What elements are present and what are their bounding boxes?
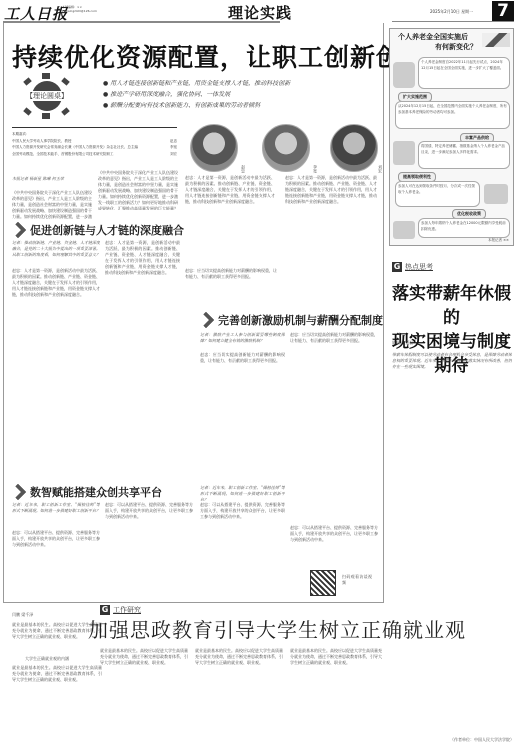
document-illustration-icon [393, 141, 415, 165]
top-rule-right [392, 21, 514, 22]
key-point: 推进产学研用深度融合，强化协同、一体发展 [103, 89, 290, 100]
issue-date: 2025年2月10日 星期一 [430, 9, 473, 15]
subhead-section-3: 数智赋能搭建众创共享平台 [12, 484, 162, 500]
text-col3: 赵忠：人才是第一资源，是创新活动中最为活跃、最为积极的因素。推动创新链、产业链、… [185, 175, 275, 265]
author-note: （作者单位：中国人民大学法学院） [438, 737, 514, 745]
answer-cont: 赵忠：人才是第一资源，是创新活动中最为活跃、最为积极的因素。推动创新链、产业链、… [105, 240, 180, 480]
subhead-text: 完善创新激励机制与薪酬分配制度 [218, 312, 383, 328]
answer: 赵忠：可以从搭建平台、提供资源、完善服务等方面入手，构建开放共享的众创平台，让更… [12, 530, 100, 600]
email-line: E-mail:grbllll@126.com [62, 9, 97, 13]
sidebar-intro: 个人养老金制度自2022年11月起先行试点，2024年12月15日起在全国全面实… [418, 57, 510, 89]
round-table-badge: 【理论圆桌】 [22, 73, 70, 121]
guests-rule [12, 127, 177, 128]
text-col4: 赵忠：人才是第一资源，是创新活动中最为活跃、最为积极的因素。推动创新链、产业链、… [285, 175, 377, 305]
work-study-col1: 就业是最基本的民生。高校应以促进大学生高质量充分就业为使命，通过不断完善思政教育… [12, 665, 102, 745]
chair-icon [23, 107, 32, 115]
sidebar-section-text: 从2024年12月15日起，在全国范围内全面实施个人养老金制度，所有参加基本养老… [395, 101, 510, 129]
banner-graphic-icon [482, 33, 510, 47]
hot-topic-column-label: G 热点思考 [392, 262, 433, 272]
answer: 赵忠：应当切实提高创新能力对薪酬的影响权重，让有能力、有贡献的职工获得更多回报。 [200, 352, 285, 482]
masthead-info: 本版编辑：×× E-mail:grbllll@126.com [62, 5, 97, 13]
person-illustration-icon [393, 62, 415, 88]
key-point: 薪酬分配要向有技术创新能力、有创新成果的劳动者倾斜 [103, 100, 290, 111]
chevron-icon [10, 484, 27, 501]
frame-right [383, 23, 384, 603]
subhead-text: 数智赋能搭建众创共享平台 [30, 484, 162, 500]
sidebar-section-text: 将国债、特定养老储蓄、指数基金纳入个人养老金产品目录，进一步满足参加人多样化需求… [418, 141, 510, 169]
frame-left [3, 23, 4, 603]
top-rule [3, 21, 280, 23]
byline: 本报记者 杨新星 陈琳 何玉荣 [12, 176, 92, 184]
key-point: 用人才链连接创新链和产业链，用资金链支撑人才链，推动科技创新 [103, 78, 290, 89]
subhead-section-2: 完善创新激励机制与薪酬分配制度 [200, 312, 383, 328]
answer: 赵忠：人才是第一资源，是创新活动中最为活跃、最为积极的因素。推动创新链、产业链、… [12, 268, 100, 478]
portrait-caption: 李宽 [312, 165, 318, 173]
subhead-text: 促进创新链与人才链的深度融合 [30, 222, 184, 238]
chair-icon [42, 113, 50, 119]
chevron-icon [198, 312, 215, 329]
column-g-icon: G [392, 262, 402, 272]
guest-list: 本期嘉宾： 中国人民大学劳动人事学院院长、教授赵忠 中国人力资源开发研究会常务副… [12, 131, 177, 157]
chair-icon [23, 77, 32, 85]
guest-name: 刘宏 [170, 151, 177, 158]
question: 记者：激励产业工人参与创新需要哪些制度保障？如何建立健全有效的激励机制？ [200, 332, 285, 352]
portrait-zhao-zhong [190, 124, 238, 172]
column-name: 热点思考 [405, 262, 433, 272]
work-study-col2: 就业是最基本的民生。高校应以促进大学生高质量充分就业为使命，通过不断完善思政教育… [100, 648, 188, 743]
sidebar-section-text: 参加人可在达到领取条件时按月、分次或一次性领取个人养老金。 [395, 181, 480, 207]
page-number: 7 [492, 1, 514, 21]
question: 记者：近年来，职工创新工作室、“揭榜挂帅”等形式不断涌现。如何进一步搭建好职工创… [12, 502, 100, 530]
sidebar-credit: 本报记者 ×× [488, 238, 509, 244]
key-points: 用人才链连接创新链和产业链，用资金链支撑人才链，推动科技创新 推进产学研用深度融… [103, 78, 290, 111]
portrait-caption: 刘宏 [377, 165, 383, 173]
chair-icon [61, 77, 70, 85]
question: 记者：近年来，职工创新工作室、“揭榜挂帅”等形式不断涌现。如何进一步搭建好职工创… [200, 485, 285, 501]
hot-topic-byline: 陈瑞洁 贾磊 [392, 340, 452, 346]
badge-label: 【理论圆桌】 [22, 91, 72, 101]
qr-code[interactable] [310, 570, 336, 596]
portrait-caption: 赵忠 [240, 165, 246, 173]
chevron-icon [10, 222, 27, 239]
intro-col2: 《中共中央国务院关于深化产业工人队伍建设改革的意见》指出，产业工人是工人阶级的主… [98, 170, 178, 210]
answer-cont: 赵忠：可以从搭建平台、提供资源、完善服务等方面入手，构建开放共享的众创平台，让更… [200, 502, 285, 597]
portrait-liu-hong [330, 124, 378, 172]
work-study-col4: 就业是最基本的民生。高校应以促进大学生高质量充分就业为使命，通过不断完善思政教育… [290, 648, 382, 743]
title-line: 落实带薪年休假的 [389, 282, 514, 330]
hot-topic-body: 带薪年休假制度可以使劳动者有合理机会享受休息，是保障劳动者休息权的重要体现。近年… [392, 352, 512, 737]
section-title: 理论实践 [228, 2, 292, 23]
intro-col1: 《中共中央国务院关于深化产业工人队伍建设改革的意见》指出，产业工人是工人阶级的主… [12, 190, 92, 220]
answer-cont: 赵忠：可以从搭建平台、提供资源、完善服务等方面入手，构建开放共享的众创平台，让更… [105, 502, 193, 597]
subhead-section-1: 促进创新链与人才链的深度融合 [12, 222, 184, 238]
answer-cont: 赵忠：可以从搭建平台、提供资源、完善服务等方面入手，构建开放共享的众创平台，让更… [290, 525, 378, 565]
question: 记者：推动创新链、产业链、资金链、人才链深度融合，是党的二十大报告中提出的一项重… [12, 240, 100, 268]
chair-icon [61, 107, 70, 115]
piggy-illustration-icon [393, 221, 415, 239]
chair-icon [42, 73, 50, 79]
sidebar-section-text: 参加人每年缴纳个人养老金在12000元限额内享受税前扣除优惠。 [418, 218, 510, 238]
work-study-col3: 就业是最基本的民生。高校应以促进大学生高质量充分就业为使命，通过不断完善思政教育… [195, 648, 283, 743]
qr-caption: 扫码观看访谈视频 [342, 574, 372, 588]
frame-bottom [3, 602, 383, 603]
work-study-headline: 加强思政教育引导大学生树立正确就业观 [88, 614, 466, 643]
answer-cont: 赵忠：应当切实提高创新能力对薪酬的影响权重，让有能力、有贡献的职工获得更多回报。 [185, 268, 277, 308]
sidebar-subtitle: 有何新变化？ [435, 42, 477, 52]
sidebar-title: 个人养老金全国实施后 [398, 32, 468, 42]
answer-cont: 赵忠：应当切实提高创新能力对薪酬的影响权重，让有能力、有贡献的职工获得更多回报。 [290, 332, 378, 522]
portrait-li-kuan [262, 124, 310, 172]
work-study-byline: 闫鹏 梁千泽 [12, 612, 72, 618]
calculator-illustration-icon [484, 184, 508, 204]
work-study-subhead: 大学生正确就业观的内涵 [25, 656, 105, 662]
guest-row: 全国劳动模范、全国技术能手、首钢股份有限公司技术研究院职工刘宏 [12, 151, 177, 158]
pension-infographic: 个人养老金全国实施后 有何新变化？ 个人养老金制度自2022年11月起先行试点，… [389, 28, 514, 246]
guest-desc: 全国劳动模范、全国技术能手、首钢股份有限公司技术研究院职工 [12, 151, 114, 158]
